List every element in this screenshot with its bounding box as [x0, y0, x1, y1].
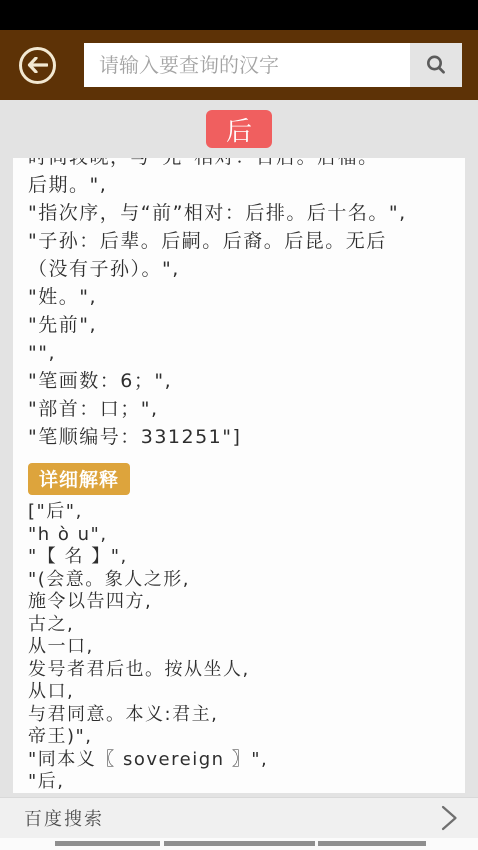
definition-card: 时间较晚，与“先”相对：日后。后福。 后期。","指次序，与“前”相对：后排。后… — [13, 158, 465, 793]
bottom-bar-segment — [55, 841, 160, 846]
dictionary-line: "指次序，与“前”相对：后排。后十名。", — [28, 199, 450, 227]
bottom-bar-segment — [164, 841, 315, 846]
detail-line: "同本义〖 sovereign 〗", — [28, 749, 450, 772]
character-badge[interactable]: 后 — [206, 110, 272, 148]
dictionary-line: "部首：口；", — [28, 395, 450, 423]
header — [0, 30, 478, 100]
detail-line: 与君同意。本义:君主, — [28, 704, 450, 727]
detail-line: 帝王)", — [28, 726, 450, 749]
detail-line: "后, — [28, 771, 450, 793]
dictionary-line: "子孙：后辈。后嗣。后裔。后昆。无后 — [28, 227, 450, 255]
detailed-explanation-badge: 详细解释 — [28, 463, 130, 495]
arrow-left-icon — [27, 57, 48, 73]
dictionary-line: "先前", — [28, 311, 450, 339]
baidu-search-row[interactable]: 百度搜索 — [0, 797, 478, 838]
dictionary-definition-lines: 后期。","指次序，与“前”相对：后排。后十名。","子孙：后辈。后嗣。后裔。后… — [28, 171, 450, 451]
detail-line: ["后", — [28, 501, 450, 524]
detail-line: "【 名 】", — [28, 546, 450, 569]
detail-line: 发号者君后也。按从坐人, — [28, 659, 450, 682]
detailed-explanation-lines: ["后","h ò u","【 名 】","(会意。象人之形,施令以告四方,古之… — [28, 501, 450, 793]
dictionary-line: （没有子孙）。", — [28, 255, 450, 283]
dictionary-line: 后期。", — [28, 171, 450, 199]
clipped-top-line: 时间较晚，与“先”相对：日后。后福。 — [28, 158, 450, 171]
detail-line: "(会意。象人之形, — [28, 569, 450, 592]
search-button[interactable] — [410, 43, 462, 87]
search-box — [84, 43, 462, 87]
back-button[interactable] — [19, 47, 56, 84]
detail-line: 从口, — [28, 681, 450, 704]
text-line: 时间较晚，与“先”相对：日后。后福。 — [28, 158, 450, 171]
detail-line: 古之, — [28, 614, 450, 637]
detail-line: 从一口, — [28, 636, 450, 659]
search-icon — [424, 53, 448, 77]
detail-line: "h ò u", — [28, 524, 450, 547]
baidu-search-label: 百度搜索 — [24, 805, 104, 831]
search-input[interactable] — [84, 43, 410, 87]
dictionary-line: "笔画数：6；", — [28, 367, 450, 395]
dictionary-line: "", — [28, 339, 450, 367]
dictionary-line: "姓。", — [28, 283, 450, 311]
detail-line: 施令以告四方, — [28, 591, 450, 614]
app-screen: 后 时间较晚，与“先”相对：日后。后福。 后期。","指次序，与“前”相对：后排… — [0, 0, 478, 850]
bottom-bar-segment — [318, 841, 426, 846]
bottom-strip — [0, 838, 478, 850]
result-page: 后 时间较晚，与“先”相对：日后。后福。 后期。","指次序，与“前”相对：后排… — [0, 100, 478, 850]
dictionary-line: "笔顺编号：331251"] — [28, 423, 450, 451]
chevron-right-icon — [441, 805, 458, 831]
status-bar — [0, 0, 478, 30]
